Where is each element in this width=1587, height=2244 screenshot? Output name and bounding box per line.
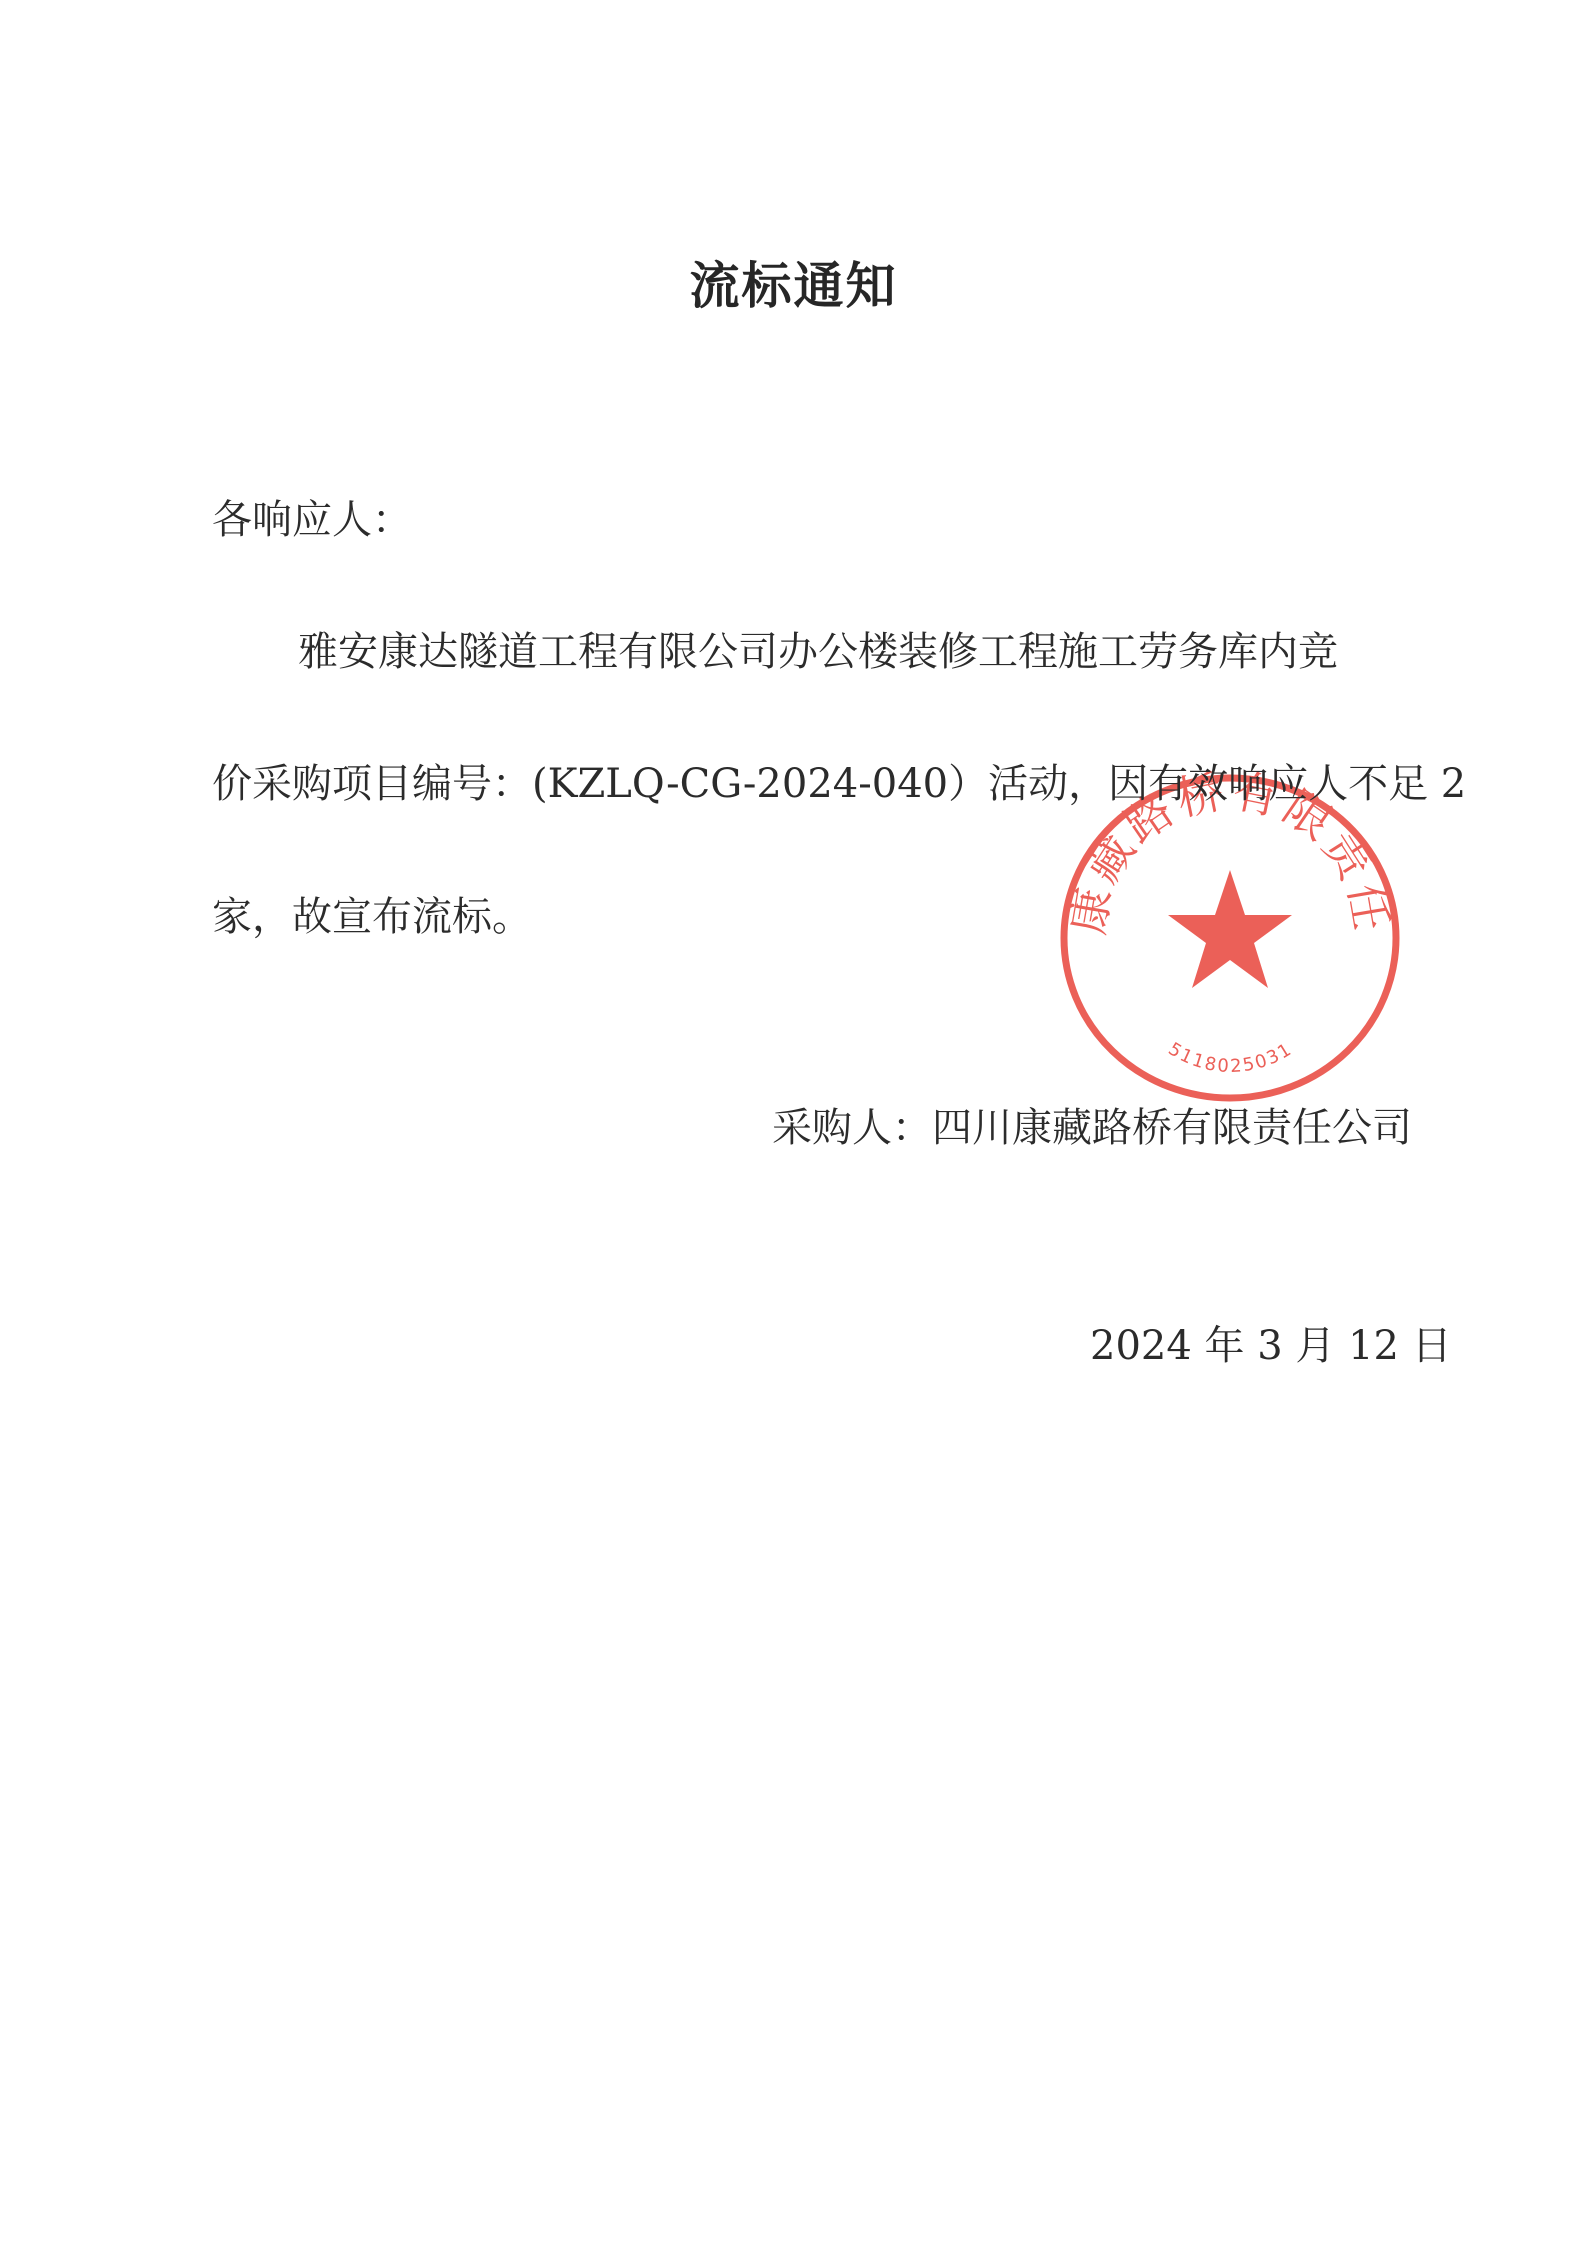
body-line-2: 价采购项目编号：(KZLQ-CG-2024-040）活动，因有效响应人不足 2 <box>212 760 1587 808</box>
buyer-signature: 采购人：四川康藏路桥有限责任公司 <box>772 1104 1587 1152</box>
document-date: 2024 年 3 月 12 日 <box>1090 1322 1587 1370</box>
svg-text:5118025031: 5118025031 <box>1164 1038 1296 1077</box>
salutation: 各响应人： <box>212 496 1587 544</box>
document-title: 流标通知 <box>0 246 1587 318</box>
body-line-1: 雅安康达隧道工程有限公司办公楼装修工程施工劳务库内竞 <box>298 628 1587 676</box>
body-line-3: 家，故宣布流标。 <box>212 893 1587 941</box>
